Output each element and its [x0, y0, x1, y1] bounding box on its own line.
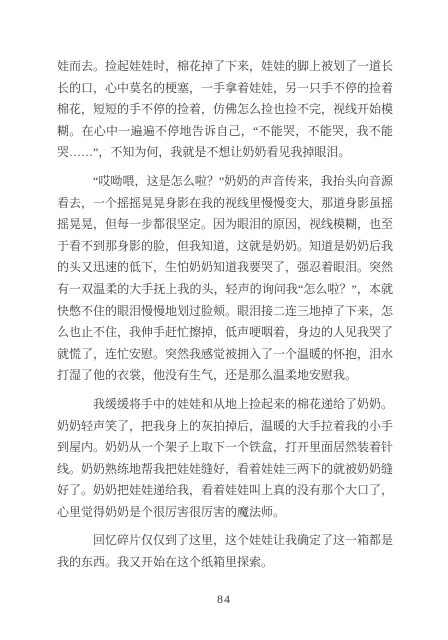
paragraph-continuation: 娃而去。捡起娃娃时，棉花掉了下来，娃娃的脚上被划了一道长长的口，心中莫名的梗塞，… — [57, 56, 393, 164]
document-page: 娃而去。捡起娃娃时，棉花掉了下来，娃娃的脚上被划了一道长长的口，心中莫名的梗塞，… — [0, 0, 448, 640]
page-number: 84 — [0, 592, 448, 607]
paragraph: 我缓缓将手中的娃娃和从地上捡起来的棉花递给了奶奶。奶奶轻声笑了，把我身上的灰拍掉… — [57, 394, 393, 524]
body-text: 娃而去。捡起娃娃时，棉花掉了下来，娃娃的脚上被划了一道长长的口，心中莫名的梗塞，… — [57, 56, 393, 581]
paragraph: “哎呦喂，这是怎么啦？”奶奶的声音传来，我抬头向音源看去，一个摇摇晃晃身影在我的… — [57, 171, 393, 387]
paragraph: 回忆碎片仅仅到了这里，这个娃娃让我确定了这一箱都是我的东西。我又开始在这个纸箱里… — [57, 530, 393, 573]
